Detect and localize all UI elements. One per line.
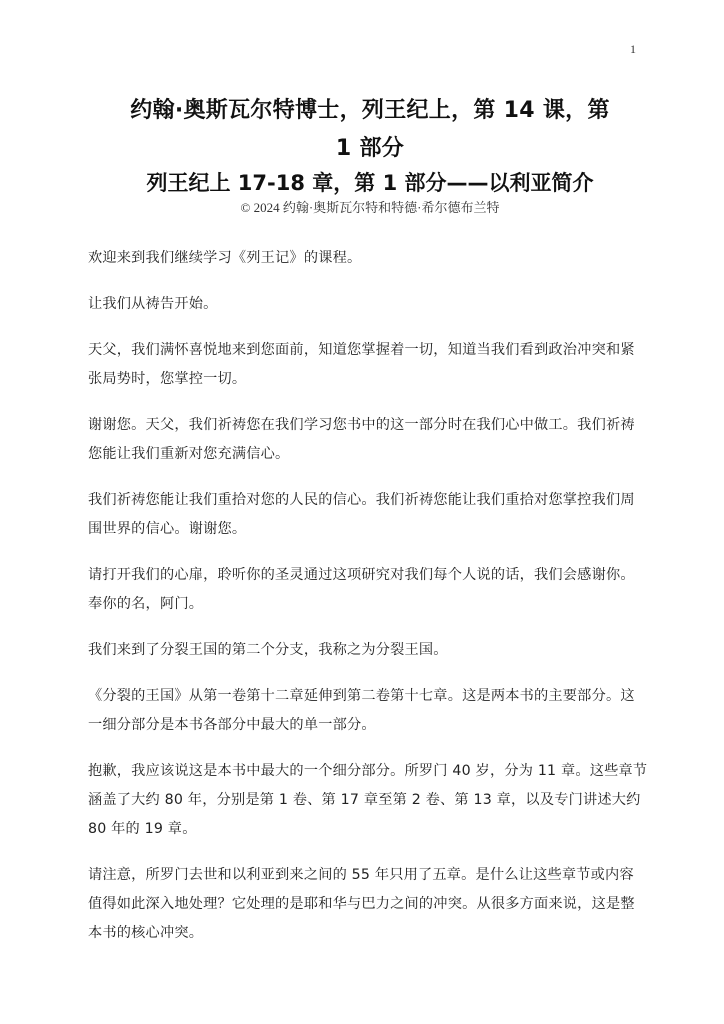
paragraph: 抱歉，我应该说这是本书中最大的一个细分部分。所罗门 40 岁，分为 11 章。这… <box>88 757 648 844</box>
document-title: 约翰·奥斯瓦尔特博士，列王纪上，第 14 课，第 1 部分 <box>80 92 660 168</box>
title-line-1: 约翰·奥斯瓦尔特博士，列王纪上，第 14 课，第 <box>130 98 610 123</box>
document-body: 欢迎来到我们继续学习《列王记》的课程。 让我们从祷告开始。 天父，我们满怀喜悦地… <box>88 244 648 965</box>
paragraph: 《分裂的王国》从第一卷第十二章延伸到第二卷第十七章。这是两本书的主要部分。这一细… <box>88 682 648 740</box>
page-number: 1 <box>630 42 636 57</box>
paragraph: 谢谢您。天父，我们祈祷您在我们学习您书中的这一部分时在我们心中做工。我们祈祷您能… <box>88 411 648 469</box>
paragraph: 欢迎来到我们继续学习《列王记》的课程。 <box>88 244 648 273</box>
paragraph: 我们祈祷您能让我们重拾对您的人民的信心。我们祈祷您能让我们重拾对您掌控我们周围世… <box>88 486 648 544</box>
paragraph: 让我们从祷告开始。 <box>88 290 648 319</box>
copyright-notice: © 2024 约翰·奥斯瓦尔特和特德·希尔德布兰特 <box>80 198 660 218</box>
document-subtitle: 列王纪上 17-18 章，第 1 部分——以利亚简介 <box>80 168 660 198</box>
paragraph: 我们来到了分裂王国的第二个分支，我称之为分裂王国。 <box>88 636 648 665</box>
paragraph: 请注意，所罗门去世和以利亚到来之间的 55 年只用了五章。是什么让这些章节或内容… <box>88 861 648 948</box>
document-header: 约翰·奥斯瓦尔特博士，列王纪上，第 14 课，第 1 部分 列王纪上 17-18… <box>80 92 660 218</box>
title-line-2: 1 部分 <box>336 136 404 161</box>
paragraph: 请打开我们的心扉，聆听你的圣灵通过这项研究对我们每个人说的话，我们会感谢你。奉你… <box>88 561 648 619</box>
paragraph: 天父，我们满怀喜悦地来到您面前，知道您掌握着一切，知道当我们看到政治冲突和紧张局… <box>88 336 648 394</box>
